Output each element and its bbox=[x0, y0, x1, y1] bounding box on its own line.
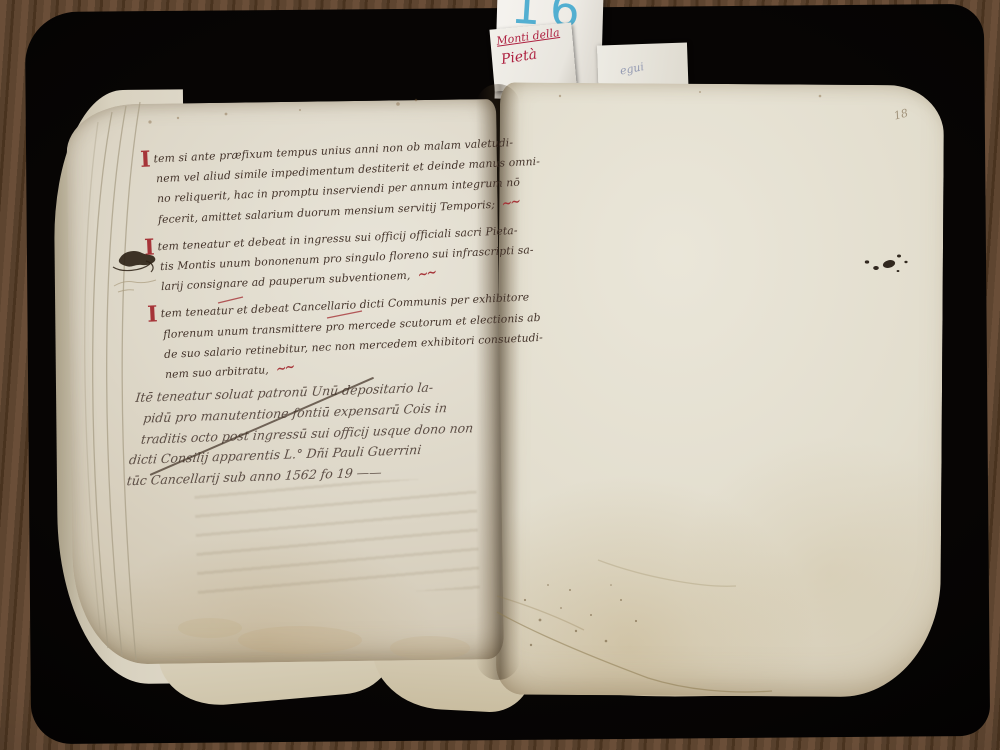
red-flourish-icon: ∼∼ bbox=[415, 260, 438, 290]
ink-show-through bbox=[194, 477, 480, 599]
red-flourish-icon: ∼∼ bbox=[273, 355, 296, 385]
line-text: nem suo arbitratu, bbox=[165, 363, 269, 381]
side-tab-text: egui bbox=[619, 60, 645, 77]
archive-note-paper: Monti della Pietà bbox=[489, 23, 576, 92]
right-page-blank bbox=[496, 82, 944, 697]
cursive-entry-block: Itē teneatur soluat patronū Unū deposita… bbox=[126, 376, 487, 493]
archive-note-line2: Pietà bbox=[500, 46, 538, 67]
archive-note-line1: Monti della bbox=[496, 26, 561, 48]
manuscript-text-block: Item si ante præfixum tempus unius anni … bbox=[140, 134, 495, 385]
